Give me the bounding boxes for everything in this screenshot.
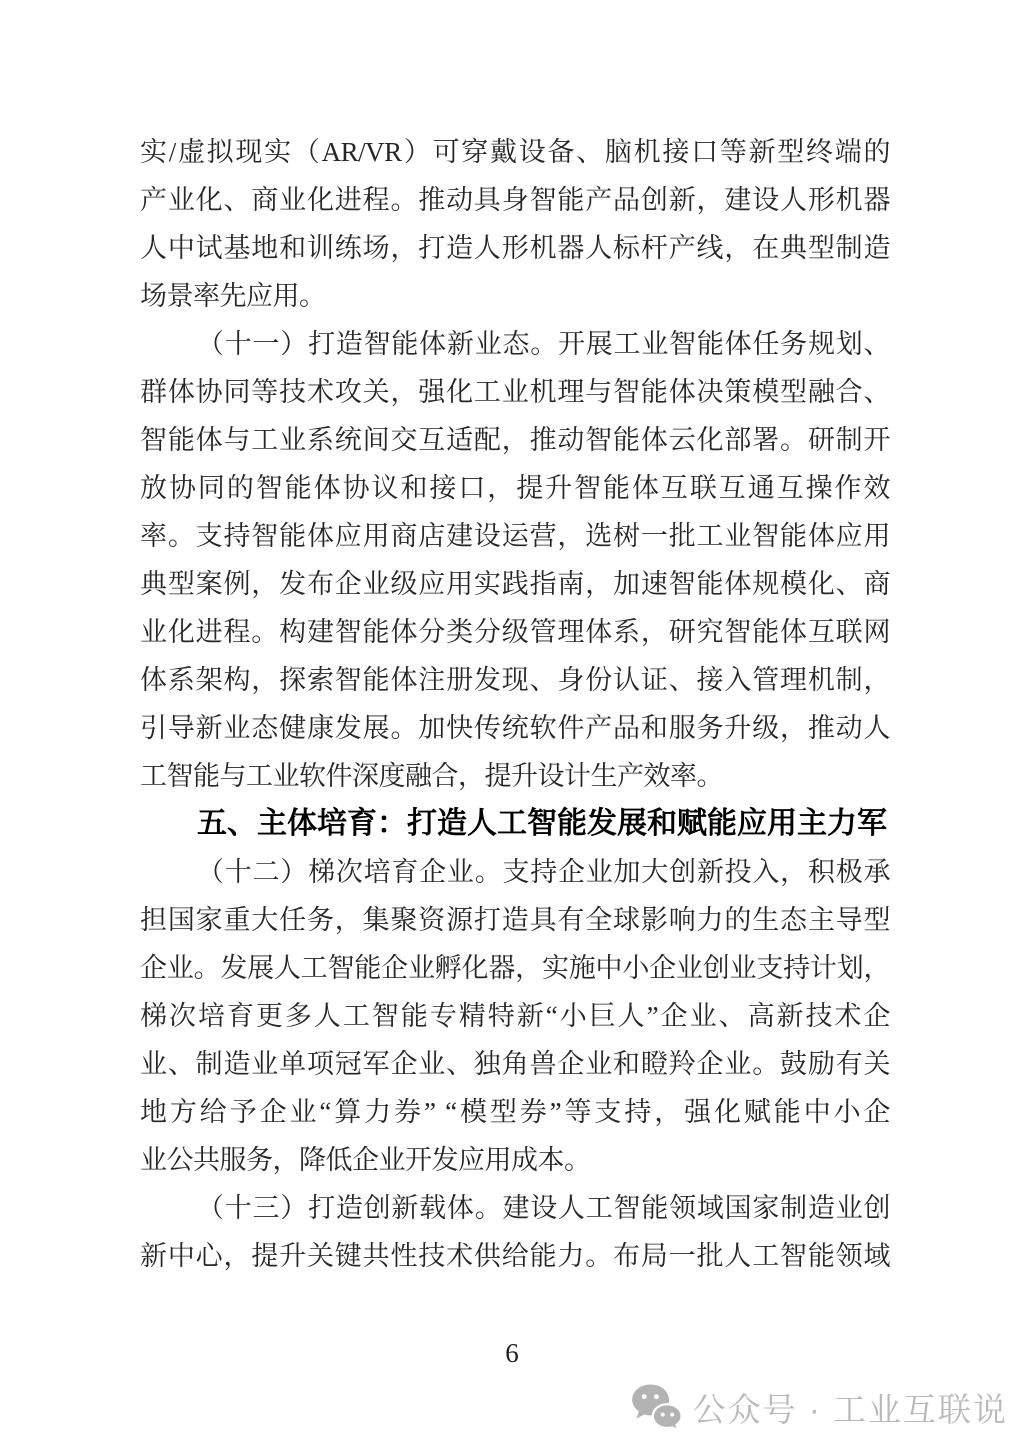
watermark: 公众号 · 工业互联说 (629, 1380, 1008, 1434)
text-line: 人中试基地和训练场，打造人形机器人标杆产线，在典型制造 (140, 224, 890, 272)
document-page: 实/虚拟现实（AR/VR）可穿戴设备、脑机接口等新型终端的 产业化、商业化进程。… (0, 0, 1024, 1448)
text-line: （十一）打造智能体新业态。开展工业智能体任务规划、 (140, 320, 890, 368)
text-line: 场景率先应用。 (140, 272, 890, 320)
text-line: 率。支持智能体应用商店建设运营，选树一批工业智能体应用 (140, 512, 890, 560)
text-line: 群体协同等技术攻关，强化工业机理与智能体决策模型融合、 (140, 368, 890, 416)
text-line: 新中心，提升关键共性技术供给能力。布局一批人工智能领域 (140, 1232, 890, 1280)
text-line: 业公共服务，降低企业开发应用成本。 (140, 1136, 890, 1184)
wechat-icon (629, 1380, 683, 1434)
text-line: 工智能与工业软件深度融合，提升设计生产效率。 (140, 752, 890, 800)
text-line: 产业化、商业化进程。推动具身智能产品创新，建设人形机器 (140, 176, 890, 224)
section-heading: 五、主体培育：打造人工智能发展和赋能应用主力军 (140, 800, 890, 848)
text-line: 企业。发展人工智能企业孵化器，实施中小企业创业支持计划， (140, 944, 890, 992)
text-line: 典型案例，发布企业级应用实践指南，加速智能体规模化、商 (140, 560, 890, 608)
page-number: 6 (0, 1338, 1024, 1369)
text-line: 体系架构，探索智能体注册发现、身份认证、接入管理机制， (140, 656, 890, 704)
text-line: （十二）梯次培育企业。支持企业加大创新投入，积极承 (140, 848, 890, 896)
text-line: 放协同的智能体协议和接口，提升智能体互联互通互操作效 (140, 464, 890, 512)
text-line: 实/虚拟现实（AR/VR）可穿戴设备、脑机接口等新型终端的 (140, 128, 890, 176)
text-line: 业化进程。构建智能体分类分级管理体系，研究智能体互联网 (140, 608, 890, 656)
text-line: 引导新业态健康发展。加快传统软件产品和服务升级，推动人 (140, 704, 890, 752)
text-line: 业、制造业单项冠军企业、独角兽企业和瞪羚企业。鼓励有关 (140, 1040, 890, 1088)
text-line: 地方给予企业“算力券” “模型券”等支持，强化赋能中小企 (140, 1088, 890, 1136)
watermark-text: 公众号 · 工业互联说 (693, 1384, 1008, 1431)
text-line: 智能体与工业系统间交互适配，推动智能体云化部署。研制开 (140, 416, 890, 464)
text-line: 担国家重大任务，集聚资源打造具有全球影响力的生态主导型 (140, 896, 890, 944)
document-content: 实/虚拟现实（AR/VR）可穿戴设备、脑机接口等新型终端的 产业化、商业化进程。… (140, 128, 890, 1280)
text-line: （十三）打造创新载体。建设人工智能领域国家制造业创 (140, 1184, 890, 1232)
text-line: 梯次培育更多人工智能专精特新“小巨人”企业、高新技术企 (140, 992, 890, 1040)
